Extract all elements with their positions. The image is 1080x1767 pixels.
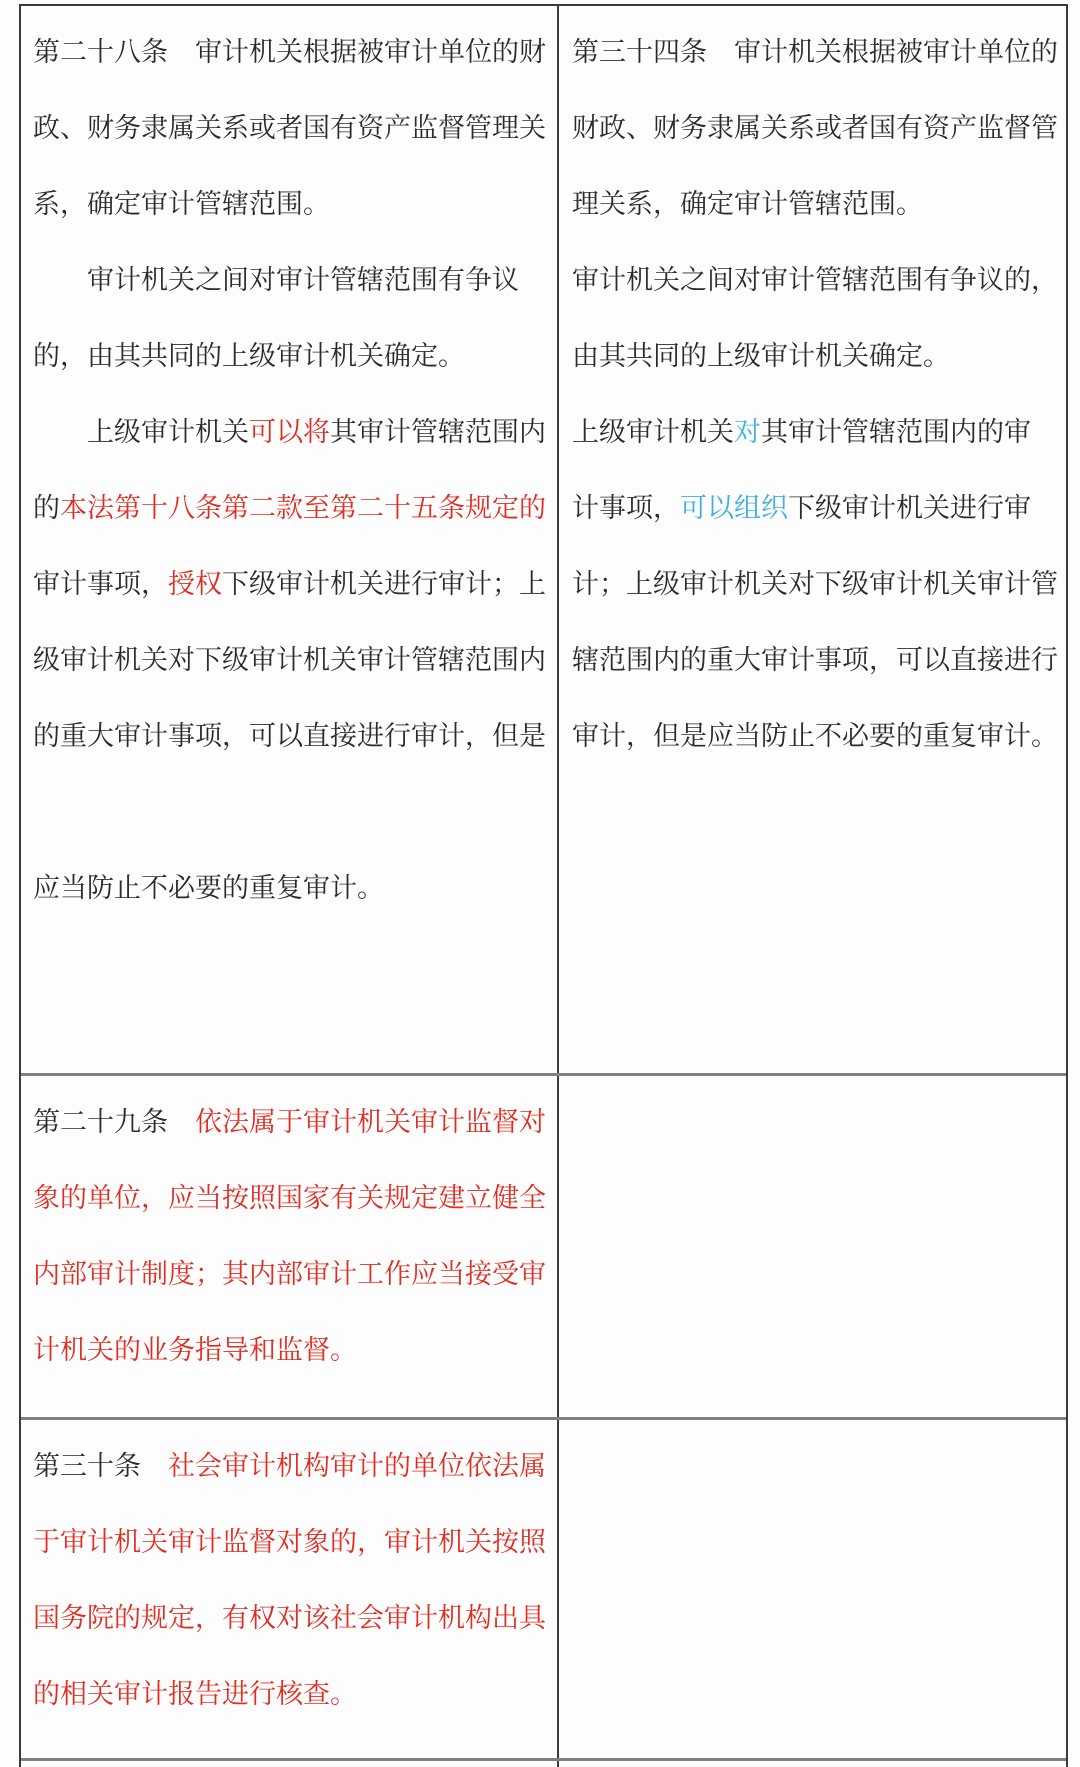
text-line: 政、财务隶属关系或者国有资产监督管理关 <box>33 90 557 166</box>
text-line: 国务院的规定，有权对该社会审计机构出具 <box>33 1580 557 1656</box>
table-cell-left <box>21 1761 559 1767</box>
text-segment-black: 的 <box>33 493 60 523</box>
text-segment-black: 的重大审计事项，可以直接进行审计，但是 <box>33 721 546 751</box>
text-segment-red: 可以将 <box>249 417 330 447</box>
text-segment-black: 审计，但是应当防止不必要的重复审计。 <box>572 721 1058 751</box>
text-segment-red: 依法属于审计机关审计监督对 <box>195 1107 546 1137</box>
text-line: 审计事项，授权下级审计机关进行审计；上 <box>33 546 557 622</box>
text-line: 辖范围内的重大审计事项，可以直接进行 <box>572 622 1066 698</box>
text-segment-black: 审计机关之间对审计管辖范围有争议的， <box>572 265 1058 295</box>
text-segment-black: 第三十条 <box>33 1451 168 1481</box>
text-segment-black: 财政、财务隶属关系或者国有资产监督管 <box>572 113 1058 143</box>
text-line: 审计机关之间对审计管辖范围有争议的， <box>572 242 1066 318</box>
text-line: 级审计机关对下级审计机关审计管辖范围内 <box>33 622 557 698</box>
text-line: 审计机关之间对审计管辖范围有争议 <box>33 242 557 318</box>
table-cell-right <box>559 1076 1066 1417</box>
text-segment-black: 第三十四条 审计机关根据被审计单位的 <box>572 37 1058 67</box>
text-segment-red: 国务院的规定，有权对该社会审计机构出具 <box>33 1603 546 1633</box>
text-line: 第二十九条 依法属于审计机关审计监督对 <box>33 1084 557 1160</box>
text-segment-black: 审计机关之间对审计管辖范围有争议 <box>87 265 519 295</box>
text-line: 第三十四条 审计机关根据被审计单位的 <box>572 14 1066 90</box>
text-segment-black: 政、财务隶属关系或者国有资产监督管理关 <box>33 113 546 143</box>
text-line: 计机关的业务指导和监督。 <box>33 1312 557 1388</box>
table-row: 第三十条 社会审计机构审计的单位依法属于审计机关审计监督对象的，审计机关按照国务… <box>21 1420 1066 1761</box>
table-cell-right <box>559 1420 1066 1758</box>
text-line: 系，确定审计管辖范围。 <box>33 166 557 242</box>
text-segment-red: 本法第十八条第二款至第二十五条规定的 <box>60 493 546 523</box>
text-segment-black: 第二十八条 审计机关根据被审计单位的财 <box>33 37 546 67</box>
law-comparison-table: 第二十八条 审计机关根据被审计单位的财政、财务隶属关系或者国有资产监督管理关系，… <box>19 4 1068 1767</box>
text-segment-black: 辖范围内的重大审计事项，可以直接进行 <box>572 645 1058 675</box>
text-line: 的重大审计事项，可以直接进行审计，但是 <box>33 698 557 774</box>
text-line: 上级审计机关对其审计管辖范围内的审 <box>572 394 1066 470</box>
text-segment-black: 审计事项， <box>33 569 168 599</box>
text-line: 第三十条 社会审计机构审计的单位依法属 <box>33 1428 557 1504</box>
table-cell-right <box>559 1761 1066 1767</box>
text-segment-black: 计事项， <box>572 493 680 523</box>
table-row: 第二十八条 审计机关根据被审计单位的财政、财务隶属关系或者国有资产监督管理关系，… <box>21 6 1066 1076</box>
blank-line <box>33 774 557 850</box>
text-segment-black: 计；上级审计机关对下级审计机关审计管 <box>572 569 1058 599</box>
text-segment-black: 下级审计机关进行审 <box>788 493 1031 523</box>
text-segment-black: 第二十九条 <box>33 1107 195 1137</box>
text-segment-black: 其审计管辖范围内 <box>330 417 546 447</box>
table-row: 第二十九条 依法属于审计机关审计监督对象的单位，应当按照国家有关规定建立健全内部… <box>21 1076 1066 1420</box>
text-line: 第二十八条 审计机关根据被审计单位的财 <box>33 14 557 90</box>
text-line: 理关系，确定审计管辖范围。 <box>572 166 1066 242</box>
text-line: 的相关审计报告进行核查。 <box>33 1656 557 1732</box>
text-segment-black: 的，由其共同的上级审计机关确定。 <box>33 341 465 371</box>
table-cell-right: 第三十四条 审计机关根据被审计单位的财政、财务隶属关系或者国有资产监督管理关系，… <box>559 6 1066 1073</box>
text-segment-red: 内部审计制度；其内部审计工作应当接受审 <box>33 1259 546 1289</box>
text-segment-blue: 对 <box>734 417 761 447</box>
text-segment-black: 系，确定审计管辖范围。 <box>33 189 330 219</box>
document-page: 第二十八条 审计机关根据被审计单位的财政、财务隶属关系或者国有资产监督管理关系，… <box>0 0 1080 1767</box>
text-segment-black: 应当防止不必要的重复审计。 <box>33 873 384 903</box>
text-line: 上级审计机关可以将其审计管辖范围内 <box>33 394 557 470</box>
table-row <box>21 1761 1066 1767</box>
text-line: 的，由其共同的上级审计机关确定。 <box>33 318 557 394</box>
text-line: 内部审计制度；其内部审计工作应当接受审 <box>33 1236 557 1312</box>
table-cell-left: 第二十九条 依法属于审计机关审计监督对象的单位，应当按照国家有关规定建立健全内部… <box>21 1076 559 1417</box>
table-cell-left: 第三十条 社会审计机构审计的单位依法属于审计机关审计监督对象的，审计机关按照国务… <box>21 1420 559 1758</box>
text-segment-black: 上级审计机关 <box>572 417 734 447</box>
text-segment-red: 的相关审计报告进行核查。 <box>33 1679 357 1709</box>
text-segment-black: 级审计机关对下级审计机关审计管辖范围内 <box>33 645 546 675</box>
text-line: 财政、财务隶属关系或者国有资产监督管 <box>572 90 1066 166</box>
table-cell-left: 第二十八条 审计机关根据被审计单位的财政、财务隶属关系或者国有资产监督管理关系，… <box>21 6 559 1073</box>
text-line: 由其共同的上级审计机关确定。 <box>572 318 1066 394</box>
text-segment-red: 社会审计机构审计的单位依法属 <box>168 1451 546 1481</box>
text-segment-blue: 可以组织 <box>680 493 788 523</box>
text-line: 应当防止不必要的重复审计。 <box>33 850 557 926</box>
text-segment-black: 下级审计机关进行审计；上 <box>222 569 546 599</box>
text-segment-red: 于审计机关审计监督对象的，审计机关按照 <box>33 1527 546 1557</box>
text-line: 于审计机关审计监督对象的，审计机关按照 <box>33 1504 557 1580</box>
text-segment-black: 上级审计机关 <box>87 417 249 447</box>
text-segment-black: 由其共同的上级审计机关确定。 <box>572 341 950 371</box>
text-segment-black: 其审计管辖范围内的审 <box>761 417 1031 447</box>
text-line: 计；上级审计机关对下级审计机关审计管 <box>572 546 1066 622</box>
text-line: 计事项，可以组织下级审计机关进行审 <box>572 470 1066 546</box>
text-segment-black: 理关系，确定审计管辖范围。 <box>572 189 923 219</box>
text-segment-red: 授权 <box>168 569 222 599</box>
text-line: 的本法第十八条第二款至第二十五条规定的 <box>33 470 557 546</box>
text-segment-red: 象的单位，应当按照国家有关规定建立健全 <box>33 1183 546 1213</box>
text-line: 审计，但是应当防止不必要的重复审计。 <box>572 698 1066 774</box>
text-segment-red: 计机关的业务指导和监督。 <box>33 1335 357 1365</box>
text-line: 象的单位，应当按照国家有关规定建立健全 <box>33 1160 557 1236</box>
